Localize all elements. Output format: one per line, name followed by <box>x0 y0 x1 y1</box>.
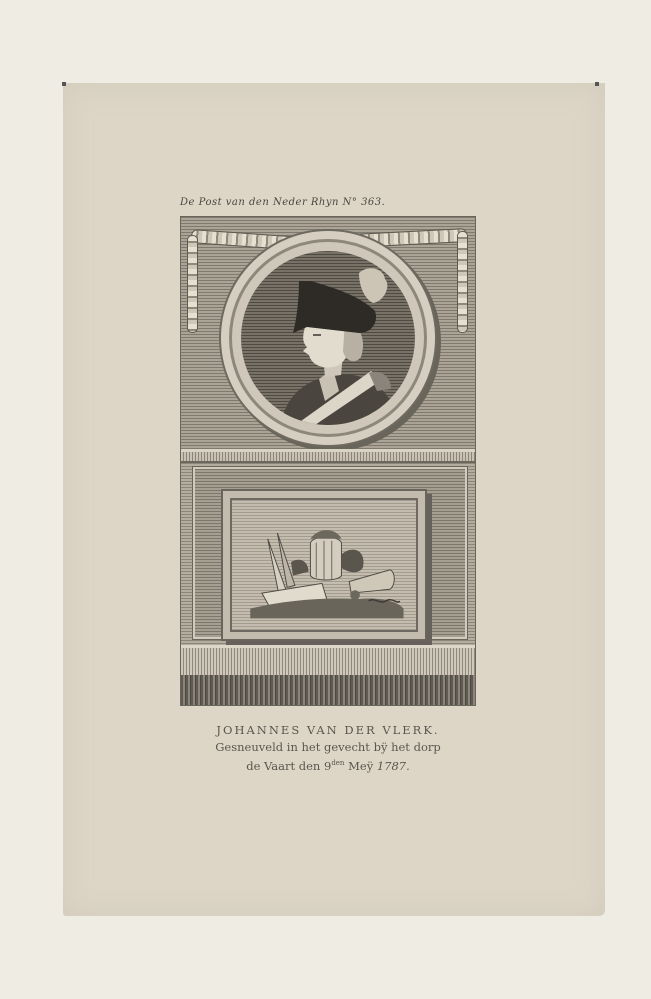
caption-line-2-sup: den <box>331 759 344 767</box>
subject-name: JOHANNES VAN DER VLERK. <box>180 723 476 737</box>
caption-line-2: de Vaart den 9den Meÿ 1787. <box>180 755 476 774</box>
caption-block: JOHANNES VAN DER VLERK. Gesneuveld in he… <box>180 723 476 774</box>
base-molding <box>181 645 475 678</box>
portrait-image <box>241 251 415 425</box>
garland-drop-left <box>187 235 198 333</box>
cornice-molding <box>181 449 475 463</box>
caption-line-2-prefix: de Vaart den 9 <box>246 759 331 773</box>
garland-drop-right <box>457 231 468 333</box>
header-caption: De Post van den Neder Rhyn N° 363. <box>180 197 420 208</box>
picture-frame <box>221 489 427 641</box>
ground-strip <box>181 675 475 705</box>
corner-mark-top-left <box>62 82 66 86</box>
portrait-medallion <box>219 229 437 447</box>
still-life-picture <box>230 498 418 632</box>
upper-panel <box>181 217 475 449</box>
still-life-scene-icon <box>232 500 416 630</box>
corner-mark-top-right <box>595 82 599 86</box>
caption-line-1: Gesneuveld in het gevecht bÿ het dorp <box>180 739 476 755</box>
engraved-plate <box>180 216 476 706</box>
caption-line-2-mid: Meÿ <box>344 759 376 773</box>
caption-year: 1787. <box>377 759 410 773</box>
portrait-figure-icon <box>241 251 415 425</box>
